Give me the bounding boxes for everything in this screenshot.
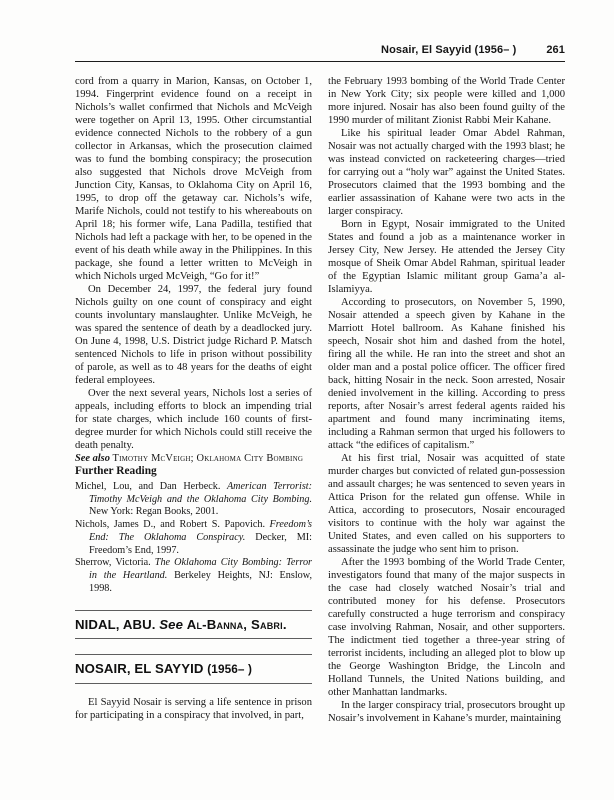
book-page: Nosair, El Sayyid (1956– ) 261 cord from…	[0, 0, 614, 800]
see-also-references: Timothy McVeigh; Oklahoma City Bombing	[113, 453, 304, 464]
two-column-layout: cord from a quarry in Marion, Kansas, on…	[75, 75, 565, 725]
entry-name: NOSAIR, EL SAYYID	[75, 661, 207, 676]
paragraph: At his first trial, Nosair was acquitted…	[328, 452, 565, 556]
running-header: Nosair, El Sayyid (1956– ) 261	[75, 44, 565, 62]
cross-ref-target: Al-Banna, Sabri.	[187, 617, 287, 632]
bib-authors: Michel, Lou, and Dan Herbeck.	[75, 481, 227, 492]
cross-ref-name: NIDAL, ABU.	[75, 617, 159, 632]
right-column: the February 1993 bombing of the World T…	[328, 75, 565, 725]
paragraph: cord from a quarry in Marion, Kansas, on…	[75, 75, 312, 283]
bibliography-entry: Michel, Lou, and Dan Herbeck. American T…	[75, 481, 312, 519]
page-content: Nosair, El Sayyid (1956– ) 261 cord from…	[75, 44, 565, 725]
entry-heading: NOSAIR, EL SAYYID (1956– )	[75, 654, 312, 684]
bibliography-entry: Nichols, James D., and Robert S. Papovic…	[75, 519, 312, 557]
cross-reference-heading: NIDAL, ABU. See Al-Banna, Sabri.	[75, 610, 312, 639]
paragraph: On December 24, 1997, the federal jury f…	[75, 283, 312, 387]
page-number: 261	[546, 44, 565, 56]
cross-ref-see-label: See	[159, 617, 187, 632]
paragraph: According to prosecutors, on November 5,…	[328, 296, 565, 452]
paragraph: Like his spiritual leader Omar Abdel Rah…	[328, 127, 565, 218]
bibliography-entry: Sherrow, Victoria. The Oklahoma City Bom…	[75, 557, 312, 595]
paragraph: After the 1993 bombing of the World Trad…	[328, 556, 565, 699]
bib-imprint: New York: Regan Books, 2001.	[89, 506, 218, 517]
paragraph: In the larger conspiracy trial, prosecut…	[328, 699, 565, 725]
paragraph: Over the next several years, Nichols los…	[75, 387, 312, 452]
further-reading-heading: Further Reading	[75, 465, 312, 478]
running-header-title: Nosair, El Sayyid (1956– )	[381, 44, 516, 56]
paragraph: the February 1993 bombing of the World T…	[328, 75, 565, 127]
paragraph: El Sayyid Nosair is serving a life sente…	[75, 696, 312, 722]
bib-authors: Nichols, James D., and Robert S. Papovic…	[75, 519, 270, 530]
paragraph: Born in Egypt, Nosair immigrated to the …	[328, 218, 565, 296]
see-also-label: See also	[75, 453, 110, 464]
left-column: cord from a quarry in Marion, Kansas, on…	[75, 75, 312, 725]
bib-authors: Sherrow, Victoria.	[75, 557, 155, 568]
entry-dates: (1956– )	[207, 662, 252, 676]
see-also-line: See also Timothy McVeigh; Oklahoma City …	[75, 452, 312, 465]
